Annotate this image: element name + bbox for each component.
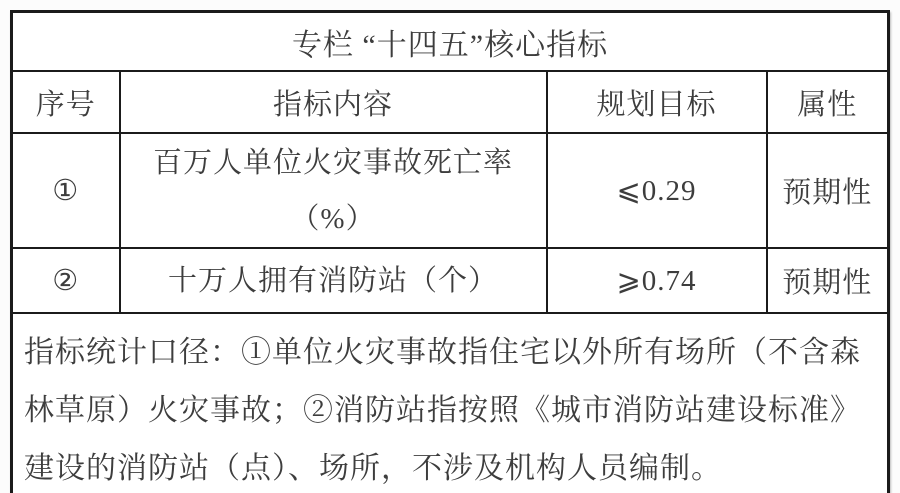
table-footnote-row: 指标统计口径：①单位火灾事故指住宅以外所有场所（不含森 林草原）火灾事故；②消防… xyxy=(12,313,889,493)
footnote: 指标统计口径：①单位火灾事故指住宅以外所有场所（不含森 林草原）火灾事故；②消防… xyxy=(12,313,889,493)
plan-indicators-table: 专栏 “十四五”核心指标 序号 指标内容 规划目标 属性 ① 百万人单位火灾事故… xyxy=(10,10,890,493)
target-value: ⩽0.29 xyxy=(547,133,767,248)
footnote-line: 建设的消防站（点）、场所，不涉及机构人员编制。 xyxy=(24,440,877,493)
indicator-content: 百万人单位火灾事故死亡率 （%） xyxy=(120,133,547,248)
row-number: ① xyxy=(12,133,120,248)
table-row: ② 十万人拥有消防站（个） ⩾0.74 预期性 xyxy=(12,248,889,313)
col-header-indicator: 指标内容 xyxy=(120,71,547,133)
table-header-row: 序号 指标内容 规划目标 属性 xyxy=(12,71,889,133)
indicator-line: 百万人单位火灾事故死亡率 xyxy=(121,135,546,191)
table-title: 专栏 “十四五”核心指标 xyxy=(12,12,889,72)
indicator-unit-line: （%） xyxy=(121,191,546,247)
col-header-attribute: 属性 xyxy=(767,71,889,133)
attribute-value: 预期性 xyxy=(767,133,889,248)
footnote-line: 林草原）火灾事故；②消防站指按照《城市消防站建设标准》 xyxy=(24,382,877,440)
target-value: ⩾0.74 xyxy=(547,248,767,313)
indicator-content: 十万人拥有消防站（个） xyxy=(120,248,547,313)
table-row: ① 百万人单位火灾事故死亡率 （%） ⩽0.29 预期性 xyxy=(12,133,889,248)
row-number: ② xyxy=(12,248,120,313)
footnote-line: 指标统计口径：①单位火灾事故指住宅以外所有场所（不含森 xyxy=(24,324,877,382)
table-title-row: 专栏 “十四五”核心指标 xyxy=(12,12,889,72)
attribute-value: 预期性 xyxy=(767,248,889,313)
col-header-seq: 序号 xyxy=(12,71,120,133)
col-header-target: 规划目标 xyxy=(547,71,767,133)
indicator-line: 十万人拥有消防站（个） xyxy=(121,253,546,309)
